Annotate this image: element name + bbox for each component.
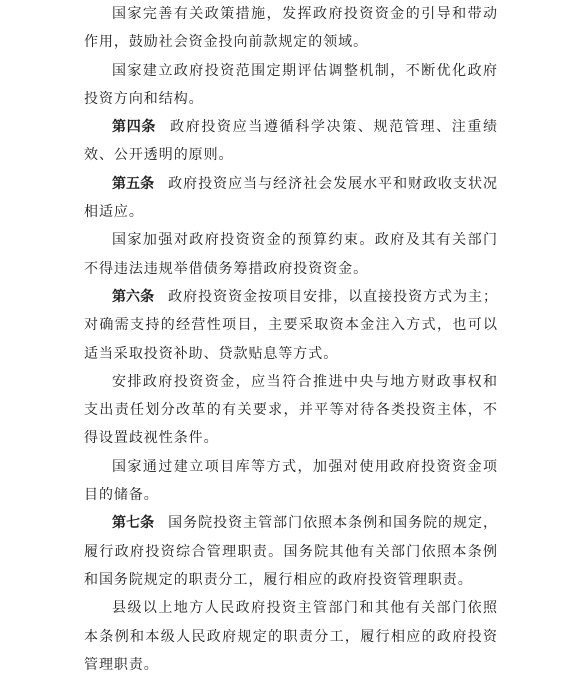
article-number: 第七条 [112,515,154,531]
paragraph-5: 国家加强对政府投资资金的预算约束。政府及其有关部门不得违法违规举借债务筹措政府投… [84,226,498,283]
paragraph-text: 国家通过建立项目库等方式，加强对使用政府投资资金项目的储备。 [84,459,498,503]
paragraph-7: 安排政府投资资金，应当符合推进中央与地方财政事权和支出责任划分改革的有关要求，并… [84,368,498,453]
article-5-paragraph: 第五条政府投资应当与经济社会发展水平和财政收支状况相适应。 [84,170,498,227]
paragraph-text: 县级以上地方人民政府投资主管部门和其他有关部门依照本条例和本级人民政府规定的职责… [84,600,498,673]
paragraph-text: 安排政府投资资金，应当符合推进中央与地方财政事权和支出责任划分改革的有关要求，并… [84,374,498,447]
article-number: 第六条 [112,289,154,305]
paragraph-text: 国家完善有关政策措施，发挥政府投资资金的引导和带动作用，鼓励社会资金投向前款规定… [84,6,498,50]
article-6-paragraph: 第六条政府投资资金按项目安排，以直接投资方式为主；对确需支持的经营性项目，主要采… [84,283,498,368]
document-page: 国家完善有关政策措施，发挥政府投资资金的引导和带动作用，鼓励社会资金投向前款规定… [84,0,498,679]
paragraph-text: 国家建立政府投资范围定期评估调整机制，不断优化政府投资方向和结构。 [84,63,498,107]
paragraph-1: 国家完善有关政策措施，发挥政府投资资金的引导和带动作用，鼓励社会资金投向前款规定… [84,0,498,57]
paragraph-2: 国家建立政府投资范围定期评估调整机制，不断优化政府投资方向和结构。 [84,57,498,114]
article-7-paragraph: 第七条国务院投资主管部门依照本条例和国务院的规定，履行政府投资综合管理职责。国务… [84,509,498,594]
paragraph-10: 县级以上地方人民政府投资主管部门和其他有关部门依照本条例和本级人民政府规定的职责… [84,594,498,679]
paragraph-text: 国家加强对政府投资资金的预算约束。政府及其有关部门不得违法违规举借债务筹措政府投… [84,232,498,276]
article-number: 第五条 [112,176,154,192]
article-number: 第四条 [112,119,156,135]
paragraph-8: 国家通过建立项目库等方式，加强对使用政府投资资金项目的储备。 [84,453,498,510]
article-4-paragraph: 第四条政府投资应当遵循科学决策、规范管理、注重绩效、公开透明的原则。 [84,113,498,170]
